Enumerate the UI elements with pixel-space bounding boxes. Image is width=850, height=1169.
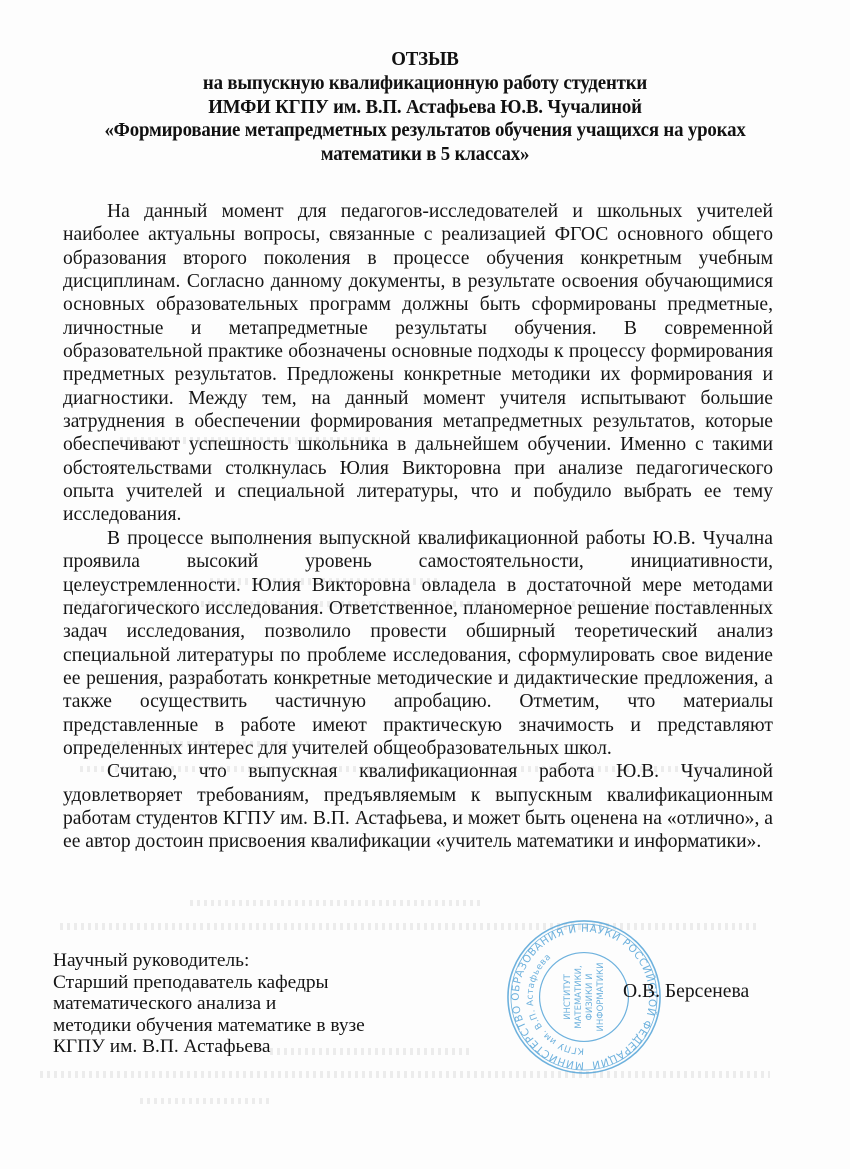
supervisor-label: Научный руководитель:: [53, 950, 365, 972]
svg-text:ФИЗИКИ И: ФИЗИКИ И: [585, 974, 595, 1021]
review-body: На данный момент для педагогов-исследова…: [63, 200, 773, 854]
supervisor-position: Старший преподаватель кафедры: [53, 972, 365, 994]
signer-name: О.В. Берсенева: [623, 981, 749, 1003]
thesis-title-line-2: математики в 5 классах»: [34, 143, 816, 167]
supervisor-department-1: математического анализа и: [53, 993, 365, 1015]
svg-text:ИНФОРМАТИКИ: ИНФОРМАТИКИ: [596, 963, 606, 1032]
paragraph-work-process: В процессе выполнения выпускной квалифик…: [63, 527, 773, 760]
document-header: ОТЗЫВ на выпускную квалификационную рабо…: [0, 48, 850, 167]
document-title: ОТЗЫВ: [34, 48, 816, 72]
svg-text:МАТЕМАТИКИ,: МАТЕМАТИКИ,: [574, 965, 584, 1028]
document-page: ОТЗЫВ на выпускную квалификационную рабо…: [0, 0, 850, 1169]
paragraph-conclusion: Считаю, что выпускная квалификационная р…: [63, 760, 773, 853]
signature-block: Научный руководитель: Старший преподават…: [53, 950, 365, 1058]
paragraph-relevance: На данный момент для педагогов-исследова…: [63, 200, 773, 527]
bleed-through-smudge: [190, 900, 480, 906]
document-subtitle: на выпускную квалификационную работу сту…: [34, 72, 816, 96]
thesis-title-line-1: «Формирование метапредметных результатов…: [34, 119, 816, 143]
svg-text:ИНСТИТУТ: ИНСТИТУТ: [563, 973, 573, 1020]
bleed-through-smudge: [140, 1098, 270, 1104]
supervisor-department-2: методики обучения математике в вузе: [53, 1015, 365, 1037]
supervisor-university: КГПУ им. В.П. Астафьева: [53, 1036, 365, 1058]
student-line: ИМФИ КГПУ им. В.П. Астафьева Ю.В. Чучали…: [34, 96, 816, 120]
